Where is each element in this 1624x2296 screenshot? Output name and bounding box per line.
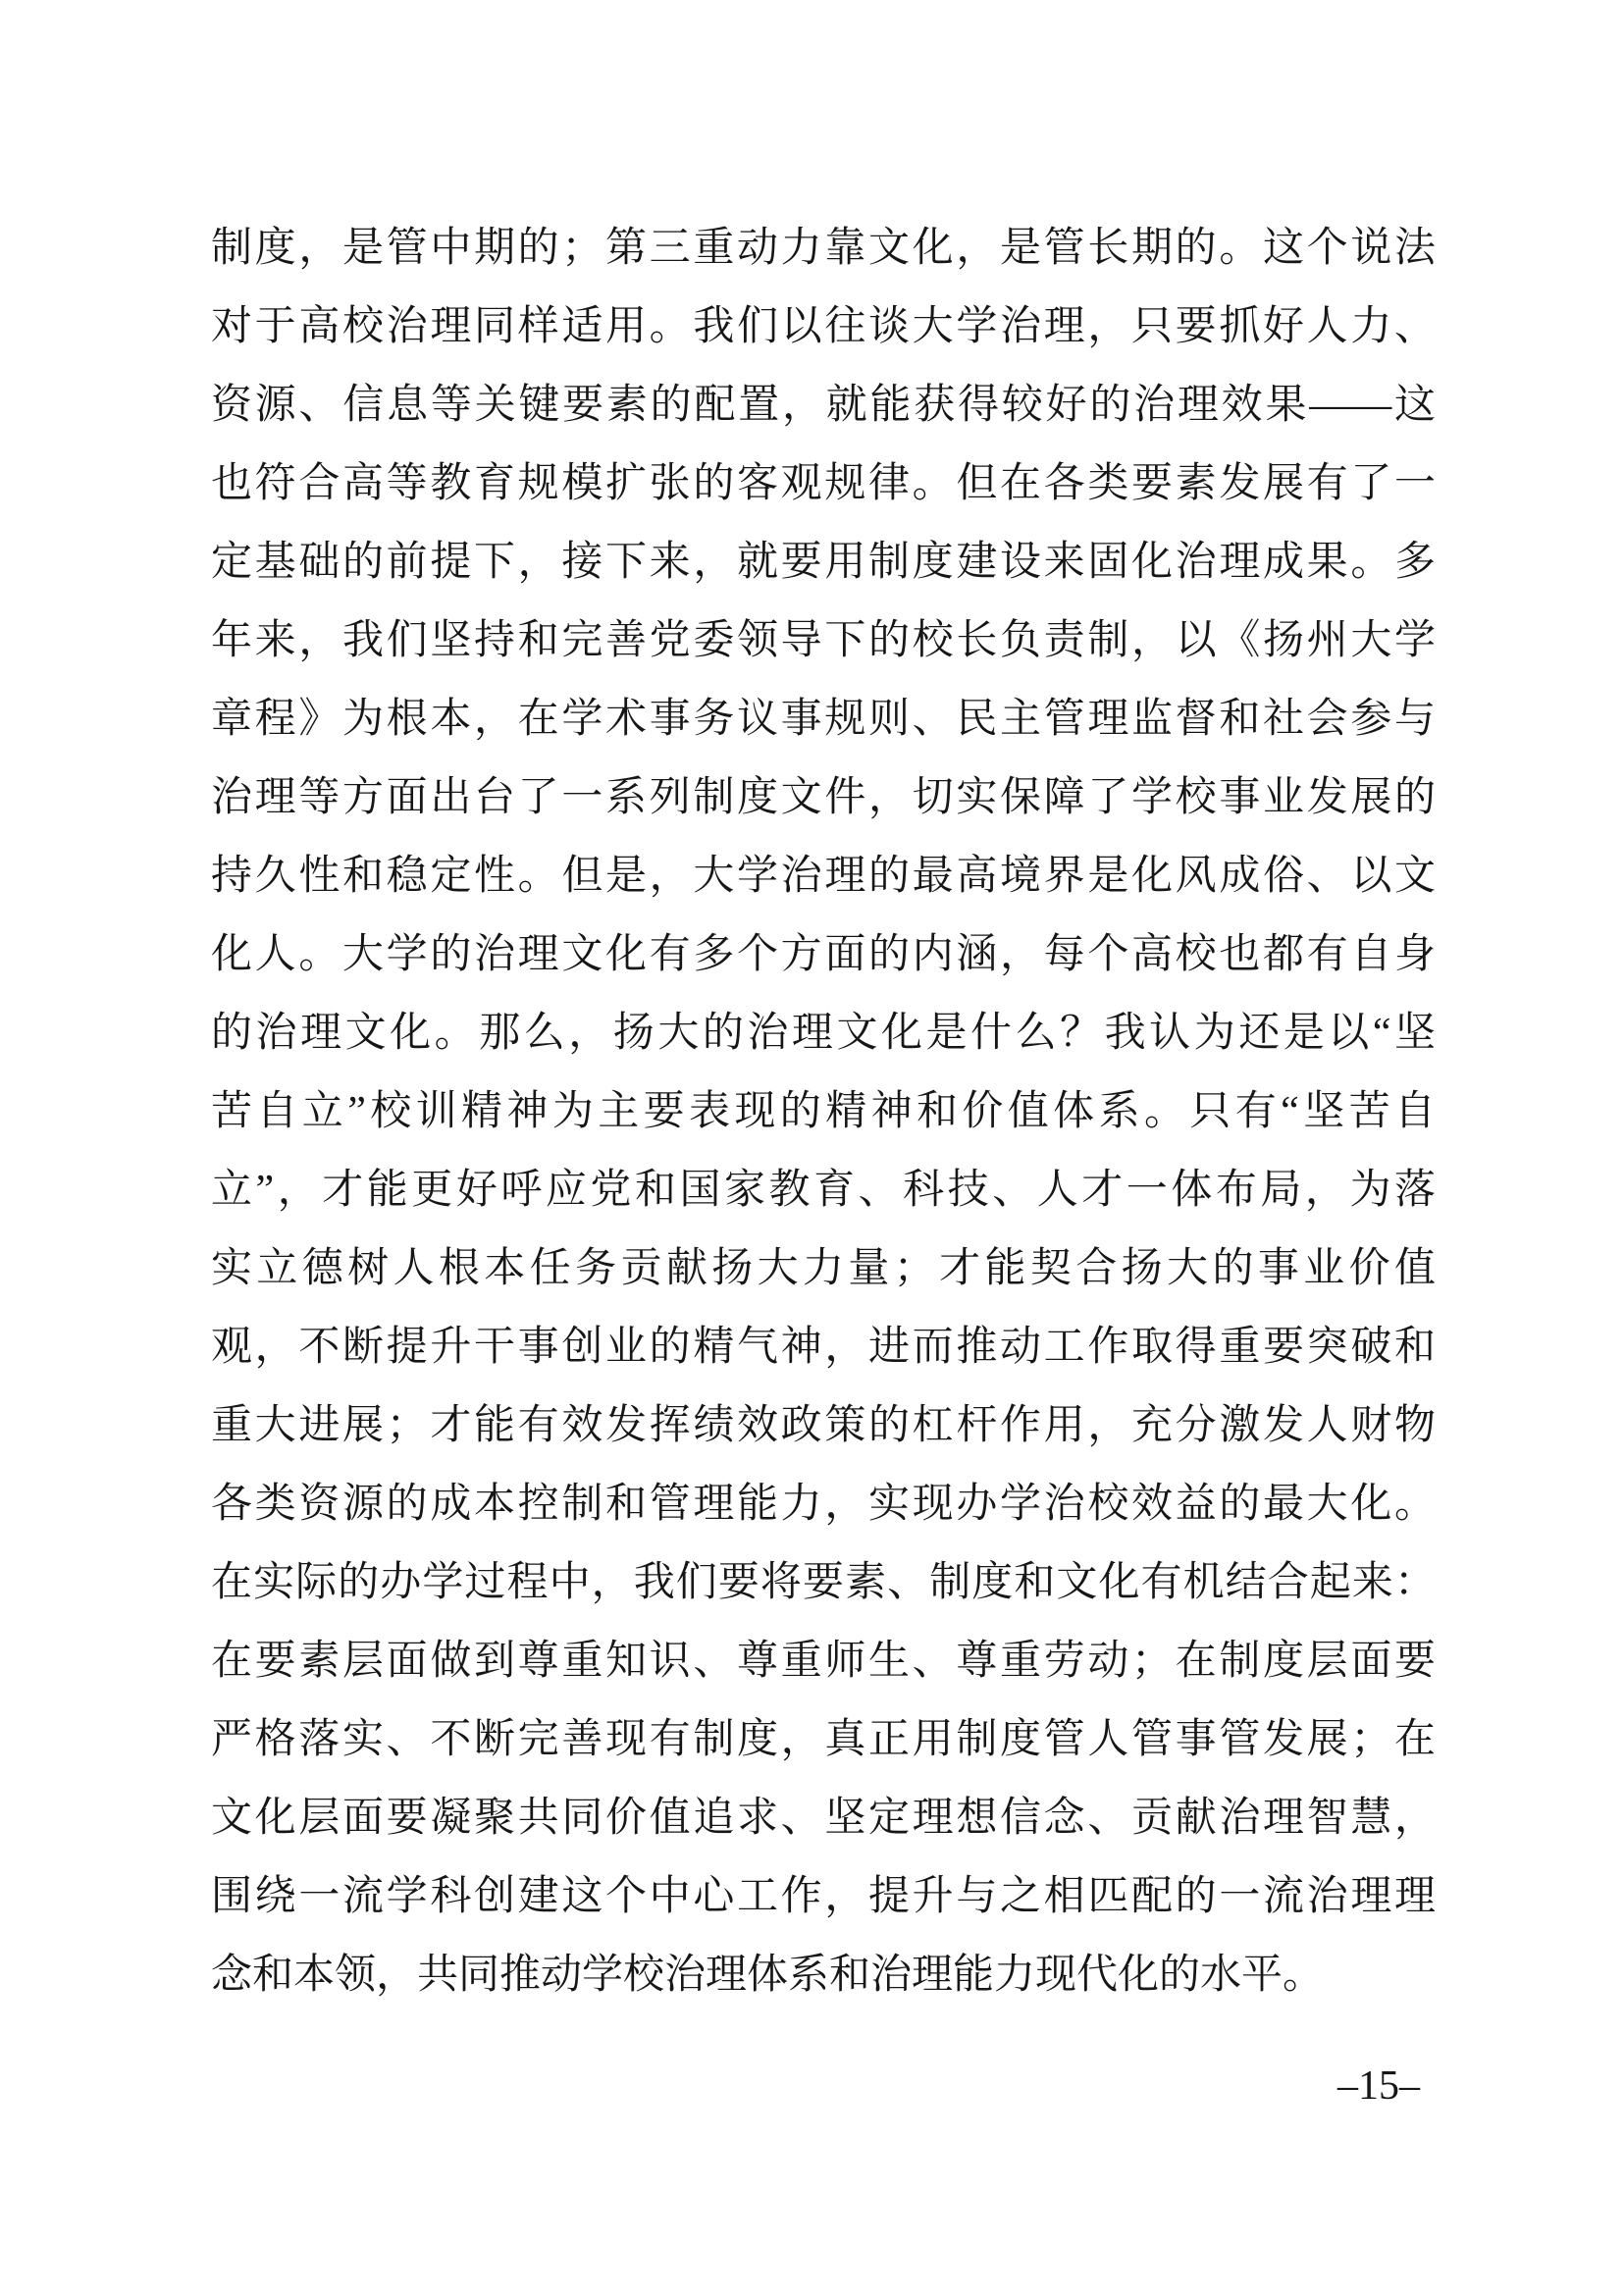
text-line: 资源、信息等关键要素的配置，就能获得较好的治理效果——这 — [211, 366, 1436, 444]
text-line: 围绕一流学科创建这个中心工作，提升与之相匹配的一流治理理 — [211, 1857, 1436, 1936]
text-line: 观，不断提升干事创业的精气神，进而推动工作取得重要突破和 — [211, 1308, 1436, 1386]
text-line: 持久性和稳定性。但是，大学治理的最高境界是化风成俗、以文 — [211, 837, 1436, 915]
text-line: 制度，是管中期的；第三重动力靠文化，是管长期的。这个说法 — [211, 209, 1436, 287]
text-line: 在要素层面做到尊重知识、尊重师生、尊重劳动；在制度层面要 — [211, 1622, 1436, 1700]
document-page: 制度，是管中期的；第三重动力靠文化，是管长期的。这个说法 对于高校治理同样适用。… — [0, 0, 1624, 2296]
text-line: 苦自立”校训精神为主要表现的精神和价值体系。只有“坚苦自 — [211, 1072, 1436, 1151]
text-line: 也符合高等教育规模扩张的客观规律。但在各类要素发展有了一 — [211, 444, 1436, 523]
text-line: 文化层面要凝聚共同价值追求、坚定理想信念、贡献治理智慧， — [211, 1779, 1436, 1857]
text-line: 在实际的办学过程中，我们要将要素、制度和文化有机结合起来： — [211, 1543, 1436, 1622]
text-line: 严格落实、不断完善现有制度，真正用制度管人管事管发展；在 — [211, 1700, 1436, 1779]
text-line: 立”，才能更好呼应党和国家教育、科技、人才一体布局，为落 — [211, 1151, 1436, 1229]
text-line: 重大进展；才能有效发挥绩效政策的杠杆作用，充分激发人财物 — [211, 1386, 1436, 1465]
text-line: 章程》为根本，在学术事务议事规则、民主管理监督和社会参与 — [211, 680, 1436, 758]
text-line: 对于高校治理同样适用。我们以往谈大学治理，只要抓好人力、 — [211, 287, 1436, 366]
page-number: –15– — [1337, 2061, 1420, 2112]
body-paragraph: 制度，是管中期的；第三重动力靠文化，是管长期的。这个说法 对于高校治理同样适用。… — [211, 209, 1436, 2014]
text-line: 各类资源的成本控制和管理能力，实现办学治校效益的最大化。 — [211, 1465, 1436, 1543]
text-line: 定基础的前提下，接下来，就要用制度建设来固化治理成果。多 — [211, 523, 1436, 601]
text-line: 化人。大学的治理文化有多个方面的内涵，每个高校也都有自身 — [211, 915, 1436, 994]
text-line: 治理等方面出台了一系列制度文件，切实保障了学校事业发展的 — [211, 758, 1436, 837]
text-line: 实立德树人根本任务贡献扬大力量；才能契合扬大的事业价值 — [211, 1229, 1436, 1308]
text-line: 年来，我们坚持和完善党委领导下的校长负责制，以《扬州大学 — [211, 601, 1436, 680]
text-line: 念和本领，共同推动学校治理体系和治理能力现代化的水平。 — [211, 1936, 1436, 2014]
text-line: 的治理文化。那么，扬大的治理文化是什么？我认为还是以“坚 — [211, 994, 1436, 1072]
